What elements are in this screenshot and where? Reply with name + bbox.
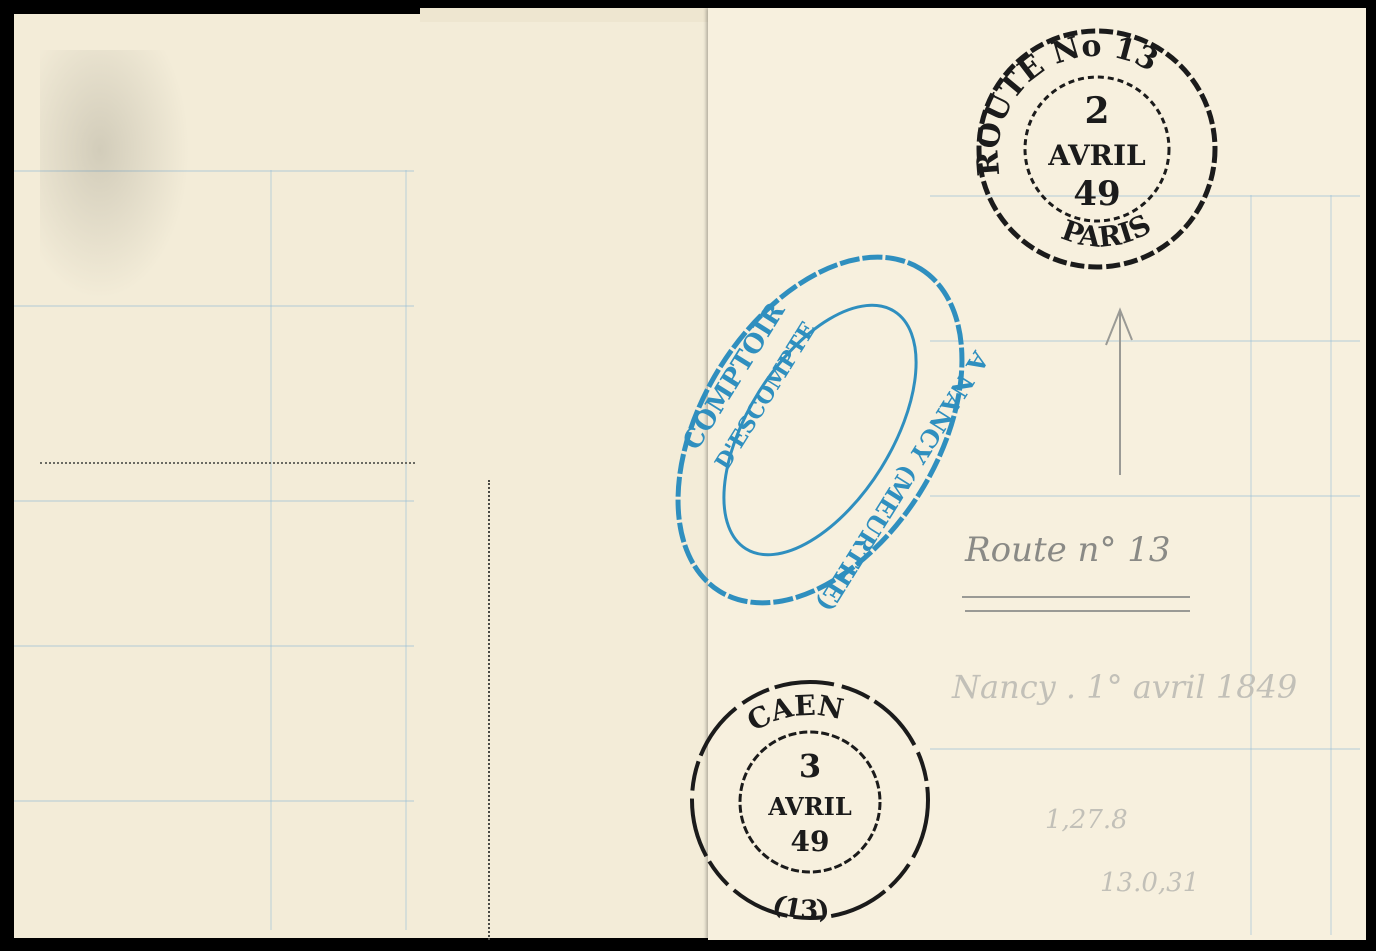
svg-text:49: 49 [791, 825, 830, 858]
svg-text:AVRIL: AVRIL [767, 792, 852, 821]
svg-text:A NANCY (MEURTHE): A NANCY (MEURTHE) [811, 346, 990, 615]
caen-postmark: CAEN (13) 3 AVRIL 49 [685, 665, 935, 935]
svg-text:(13): (13) [768, 889, 831, 926]
dotted-fold-line [40, 462, 415, 464]
ledger-column [1250, 195, 1252, 935]
ink-smudge [40, 50, 190, 300]
ledger-line [14, 800, 414, 802]
svg-text:AVRIL: AVRIL [1047, 139, 1146, 172]
dotted-fold-line [488, 480, 490, 940]
svg-text:2: 2 [1084, 90, 1109, 132]
ledger-line [930, 495, 1360, 497]
pencil-underline [962, 596, 1190, 598]
ledger-line [14, 500, 414, 502]
ledger-line [14, 645, 414, 647]
letter-fold-strip [420, 8, 720, 22]
pencil-note-route: Route n° 13 [965, 530, 1171, 570]
ledger-line [930, 748, 1360, 750]
pencil-note-figures-1: 1,27.8 [1045, 805, 1128, 835]
ledger-line [930, 340, 1360, 342]
pencil-underline [965, 610, 1190, 612]
svg-text:49: 49 [1073, 174, 1120, 214]
svg-text:PARIS: PARIS [1057, 208, 1156, 254]
ledger-column [405, 170, 407, 930]
route-13-paris-postmark: ROUTE No 13 PARIS 2 AVRIL 49 [970, 25, 1224, 275]
ledger-line [14, 305, 414, 307]
pencil-note-figures-2: 13.0,31 [1100, 868, 1199, 898]
pencil-note-nancy-date: Nancy . 1° avril 1849 [952, 668, 1297, 706]
svg-text:3: 3 [799, 747, 821, 785]
pencil-arrow [1100, 300, 1140, 480]
ledger-column [1330, 195, 1332, 935]
ledger-column [270, 170, 272, 930]
comptoir-escompte-nancy-cachet: COMPTOIR D'ESCOMPTE A NANCY (MEURTHE) [650, 245, 990, 615]
